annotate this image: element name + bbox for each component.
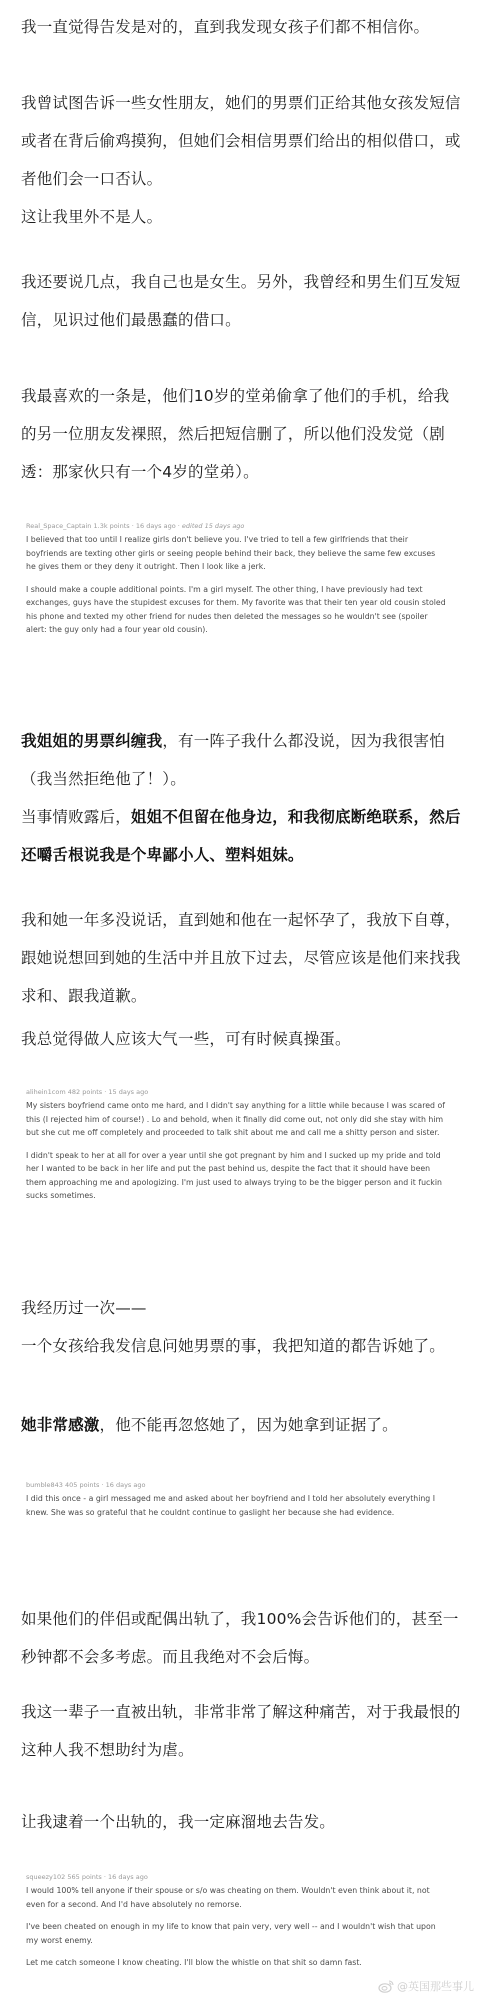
comment-username[interactable]: squeezy102 bbox=[26, 1873, 65, 1881]
comment-text: I believed that too until I realize girl… bbox=[26, 533, 446, 574]
comment-meta: bumble843 405 points · 16 days ago bbox=[26, 1480, 446, 1490]
reddit-comment: alihein1com 482 points · 15 days ago My … bbox=[26, 1087, 446, 1212]
watermark: @英国那些事儿 bbox=[378, 1978, 474, 1994]
comment-username[interactable]: alihein1com bbox=[26, 1088, 66, 1096]
paragraph: 我最喜欢的一条是，他们10岁的堂弟偷拿了他们的手机，给我的另一位朋友发裸照，然后… bbox=[21, 377, 461, 491]
comment-edited: edited 15 days ago bbox=[182, 522, 245, 530]
comment-age: 15 days ago bbox=[108, 1088, 148, 1096]
paragraph: 我和她一年多没说话，直到她和他在一起怀孕了，我放下自尊，跟她说想回到她的生活中并… bbox=[21, 901, 461, 1015]
paragraph: 一个女孩给我发信息问她男票的事，我把知道的都告诉她了。 bbox=[21, 1327, 461, 1365]
comment-text: I should make a couple additional points… bbox=[26, 583, 446, 637]
comment-text: My sisters boyfriend came onto me hard, … bbox=[26, 1099, 446, 1140]
paragraph: 我一直觉得告发是对的，直到我发现女孩子们都不相信你。 bbox=[21, 8, 461, 46]
paragraph: 让我逮着一个出轨的，我一定麻溜地去告发。 bbox=[21, 1803, 461, 1841]
paragraph: 我这一辈子一直被出轨，非常非常了解这种痛苦，对于我最恨的这种人我不想助纣为虐。 bbox=[21, 1693, 461, 1769]
paragraph: 我还要说几点，我自己也是女生。另外，我曾经和男生们互发短信，见识过他们最愚蠢的借… bbox=[21, 263, 461, 339]
paragraph: 如果他们的伴侣或配偶出轨了，我100%会告诉他们的，甚至一秒钟都不会多考虑。而且… bbox=[21, 1600, 461, 1676]
comment-age: 16 days ago bbox=[108, 1873, 148, 1881]
comment-points: 1.3k points bbox=[94, 522, 130, 530]
comment-text: Let me catch someone I know cheating. I'… bbox=[26, 1956, 446, 1970]
paragraph: 我总觉得做人应该大气一些，可有时候真操蛋。 bbox=[21, 1020, 461, 1058]
comment-points: 565 points bbox=[67, 1873, 101, 1881]
comment-username[interactable]: Real_Space_Captain bbox=[26, 522, 91, 530]
comment-meta: squeezy102 565 points · 16 days ago bbox=[26, 1872, 446, 1882]
comment-age: 16 days ago bbox=[136, 522, 176, 530]
paragraph: 这让我里外不是人。 bbox=[21, 198, 461, 236]
comment-text: I would 100% tell anyone if their spouse… bbox=[26, 1884, 446, 1911]
paragraph: 她非常感激，他不能再忽悠她了，因为她拿到证据了。 bbox=[21, 1406, 461, 1444]
paragraph: 我曾试图告诉一些女性朋友，她们的男票们正给其他女孩发短信或者在背后偷鸡摸狗，但她… bbox=[21, 84, 461, 198]
comment-text: I've been cheated on enough in my life t… bbox=[26, 1920, 446, 1947]
comment-age: 16 days ago bbox=[106, 1481, 146, 1489]
comment-meta: alihein1com 482 points · 15 days ago bbox=[26, 1087, 446, 1097]
watermark-text: @英国那些事儿 bbox=[397, 1978, 474, 1994]
paragraph: 我经历过一次—— bbox=[21, 1289, 461, 1327]
reddit-comment: squeezy102 565 points · 16 days ago I wo… bbox=[26, 1872, 446, 1979]
paragraph: 我姐姐的男票纠缠我，有一阵子我什么都没说，因为我很害怕（我当然拒绝他了！）。 bbox=[21, 722, 461, 798]
comment-meta: Real_Space_Captain 1.3k points · 16 days… bbox=[26, 521, 446, 531]
comment-username[interactable]: bumble843 bbox=[26, 1481, 63, 1489]
comment-points: 482 points bbox=[68, 1088, 102, 1096]
reddit-comment: Real_Space_Captain 1.3k points · 16 days… bbox=[26, 521, 446, 646]
comment-text: I did this once - a girl messaged me and… bbox=[26, 1492, 446, 1519]
paragraph: 当事情败露后，姐姐不但留在他身边，和我彻底断绝联系，然后还嚼舌根说我是个卑鄙小人… bbox=[21, 798, 461, 874]
weibo-icon bbox=[378, 1979, 394, 1993]
comment-text: I didn't speak to her at all for over a … bbox=[26, 1149, 446, 1203]
reddit-comment: bumble843 405 points · 16 days ago I did… bbox=[26, 1480, 446, 1528]
comment-points: 405 points bbox=[65, 1481, 99, 1489]
